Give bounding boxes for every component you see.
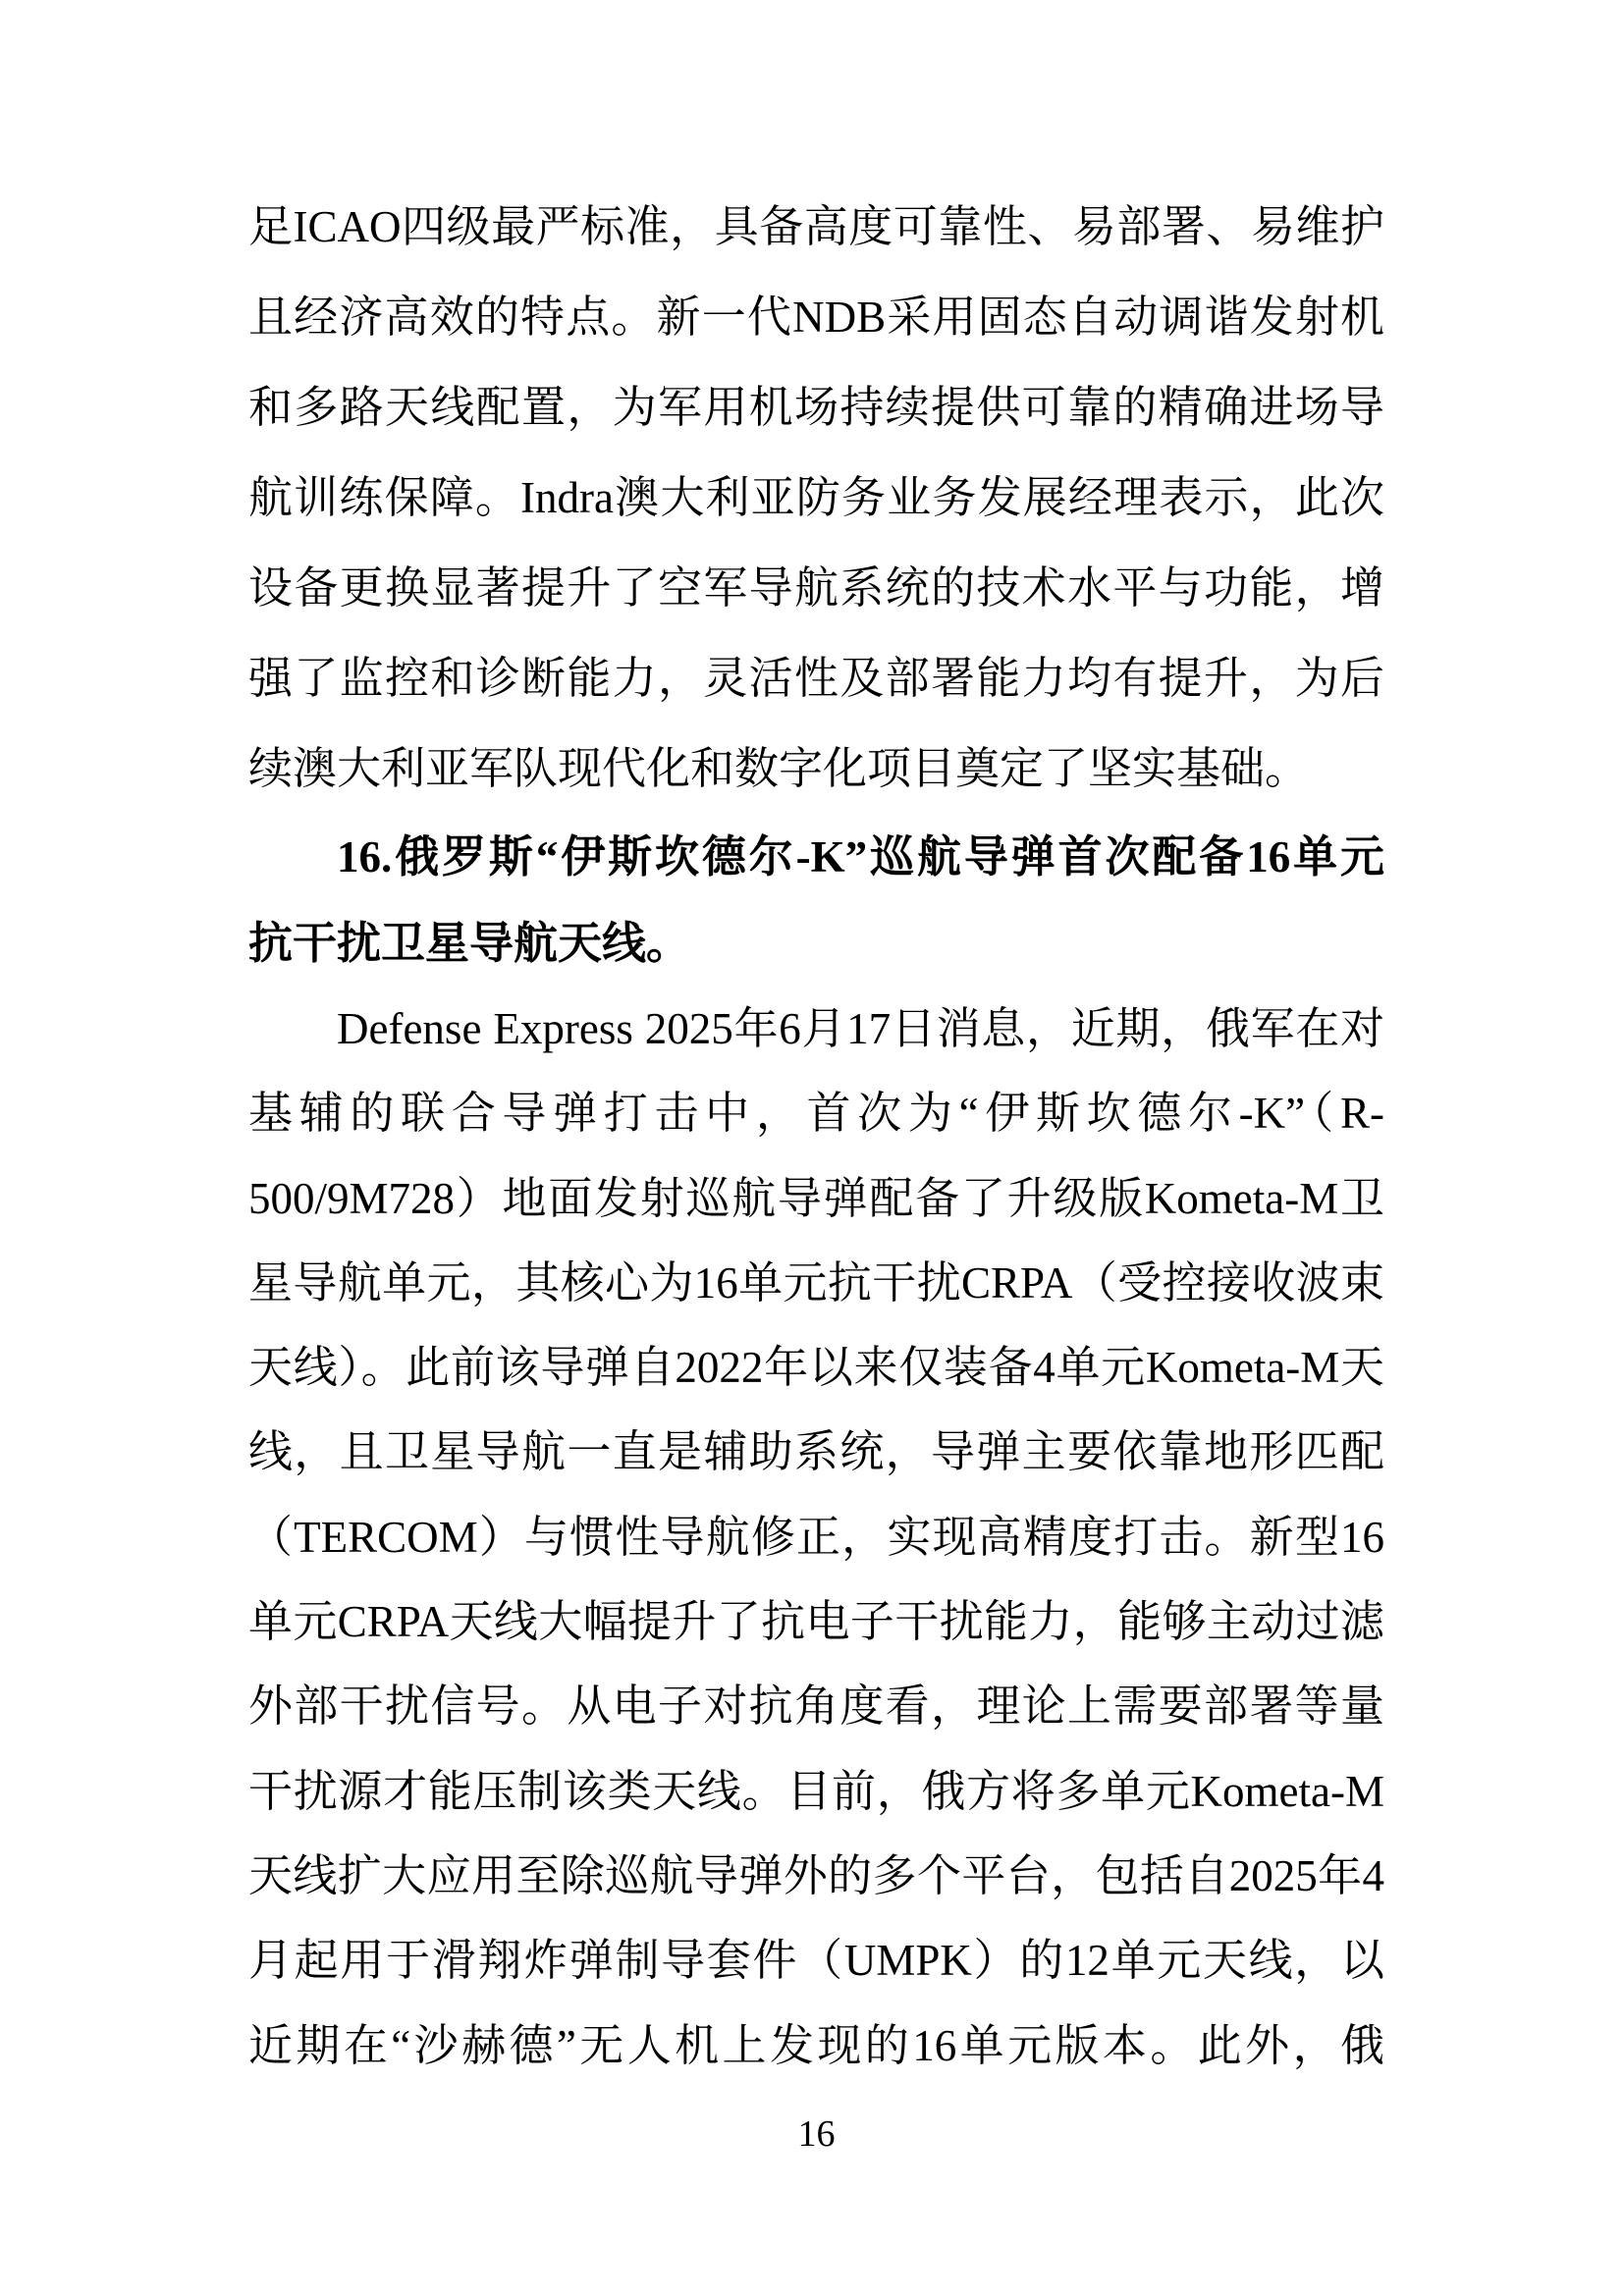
text-line: 且经济高效的特点。新一代NDB采用固态自动调谐发射机 (248, 272, 1384, 362)
text-line: 设备更换显著提升了空军导航系统的技术水平与功能，增 (248, 543, 1384, 633)
paragraph-ndb-continuation: 足ICAO四级最严标准，具备高度可靠性、易部署、易维护且经济高效的特点。新一代N… (248, 182, 1384, 814)
text-column: 足ICAO四级最严标准，具备高度可靠性、易部署、易维护且经济高效的特点。新一代N… (248, 182, 1384, 2088)
text-line: 航训练保障。Indra澳大利亚防务业务发展经理表示，此次 (248, 453, 1384, 543)
text-line: 天线扩大应用至除巡航导弹外的多个平台，包括自2025年4 (248, 1834, 1384, 1918)
text-line: 和多路天线配置，为军用机场持续提供可靠的精确进场导 (248, 362, 1384, 453)
document-page: 足ICAO四级最严标准，具备高度可靠性、易部署、易维护且经济高效的特点。新一代N… (0, 0, 1624, 2296)
text-line: 天线）。此前该导弹自2022年以来仅装备4单元Kometa-M天 (248, 1325, 1384, 1410)
text-line: 足ICAO四级最严标准，具备高度可靠性、易部署、易维护 (248, 182, 1384, 272)
text-line: 星导航单元，其核心为16单元抗干扰CRPA（受控接收波束 (248, 1241, 1384, 1325)
text-line: 月起用于滑翔炸弹制导套件（UMPK）的12单元天线，以及 (248, 1918, 1384, 2002)
page-number: 16 (798, 2113, 836, 2155)
text-line: 基辅的联合导弹打击中，首次为“伊斯坎德尔-K”（R- (248, 1071, 1384, 1155)
text-line: 单元CRPA天线大幅提升了抗电子干扰能力，能够主动过滤 (248, 1579, 1384, 1664)
text-line: 强了监控和诊断能力，灵活性及部署能力均有提升，为后 (248, 633, 1384, 723)
text-line: 抗干扰卫星导航天线。 (248, 900, 1384, 987)
page-footer: 16 (248, 2112, 1384, 2156)
text-line: 线，且卫星导航一直是辅助系统，导弹主要依靠地形匹配 (248, 1410, 1384, 1494)
text-line: 16.俄罗斯“伊斯坎德尔-K”巡航导弹首次配备16单元 (248, 814, 1384, 900)
text-line: 干扰源才能压制该类天线。目前，俄方将多单元Kometa-M (248, 1749, 1384, 1834)
heading-item-16-iskander-k: 16.俄罗斯“伊斯坎德尔-K”巡航导弹首次配备16单元抗干扰卫星导航天线。 (248, 814, 1384, 987)
text-line: 外部干扰信号。从电子对抗角度看，理论上需要部署等量 (248, 1664, 1384, 1748)
text-line: 近期在“沙赫德”无人机上发现的16单元版本。此外，俄 (248, 2003, 1384, 2088)
text-line: （TERCOM）与惯性导航修正，实现高精度打击。新型16 (248, 1495, 1384, 1579)
text-line: Defense Express 2025年6月17日消息，近期，俄军在对 (248, 987, 1384, 1071)
text-line: 500/9M728）地面发射巡航导弹配备了升级版Kometa-M卫 (248, 1156, 1384, 1241)
paragraph-iskander-k-report: Defense Express 2025年6月17日消息，近期，俄军在对基辅的联… (248, 987, 1384, 2088)
text-line: 续澳大利亚军队现代化和数字化项目奠定了坚实基础。 (248, 723, 1384, 814)
